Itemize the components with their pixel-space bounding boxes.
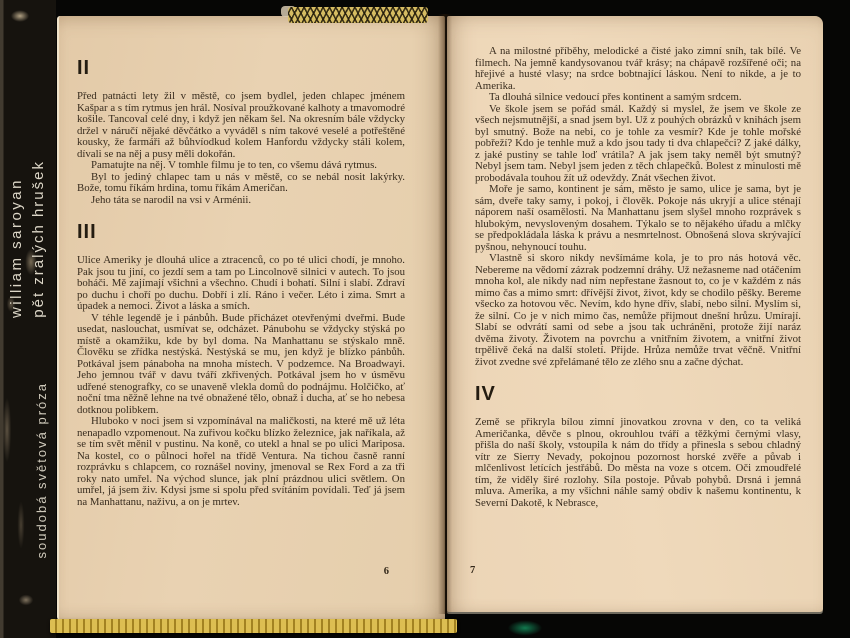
paragraph: V téhle legendě je i pánbůh. Bude přichá…	[77, 313, 405, 417]
paragraph: Ta dlouhá silnice vedoucí přes kontinent…	[475, 92, 801, 104]
paragraph: A na milostné příběhy, melodické a čisté…	[475, 46, 801, 92]
book-spine: william saroyan pět zralých hrušek soudo…	[0, 0, 56, 638]
green-speck-mark	[507, 620, 543, 636]
spine-series: soudobá světová próza	[34, 382, 49, 558]
paragraph: Země se přikryla bílou zimní jinovatkou …	[475, 417, 801, 509]
paragraph: Před patnácti lety žil v městě, co jsem …	[77, 91, 405, 160]
right-page-text: A na milostné příběhy, melodické a čisté…	[475, 46, 801, 509]
chapter-heading: IV	[475, 384, 801, 404]
left-page: II Před patnácti lety žil v městě, co js…	[57, 16, 445, 620]
paragraph: Ve škole jsem se pořád smál. Každý si my…	[475, 104, 801, 185]
spine-title-block: william saroyan pět zralých hrušek	[8, 36, 52, 318]
chapter-heading: III	[77, 222, 405, 242]
chapter-heading: II	[77, 58, 405, 78]
paragraph: Hluboko v noci jsem si vzpomínával na ma…	[77, 416, 405, 508]
spine-author: william saroyan	[8, 178, 25, 318]
paragraph: Pamatujte na něj. V tomhle filmu je to t…	[77, 160, 405, 172]
paragraph: Vlastně si skoro nikdy nevšímáme kola, j…	[475, 253, 801, 368]
page-number: 6	[77, 566, 389, 577]
gutter-shadow	[438, 14, 452, 614]
right-page: A na milostné příběhy, melodické a čisté…	[447, 16, 823, 612]
page-number: 7	[470, 565, 475, 576]
headband	[288, 7, 428, 23]
paragraph: Ulice Ameriky je dlouhá ulice a ztracenc…	[77, 255, 405, 313]
spine-title: pět zralých hrušek	[30, 160, 47, 318]
gilt-bottom-edge	[50, 619, 457, 633]
left-page-text: II Před patnácti lety žil v městě, co js…	[77, 58, 405, 508]
spine-series-block: soudobá světová próza	[34, 342, 49, 558]
paragraph: Moře je samo, kontinent je sám, město je…	[475, 184, 801, 253]
paragraph: Byl to jediný chlapec tam u nás v městě,…	[77, 172, 405, 195]
paragraph: Jeho táta se narodil na vsi v Arménii.	[77, 195, 405, 207]
